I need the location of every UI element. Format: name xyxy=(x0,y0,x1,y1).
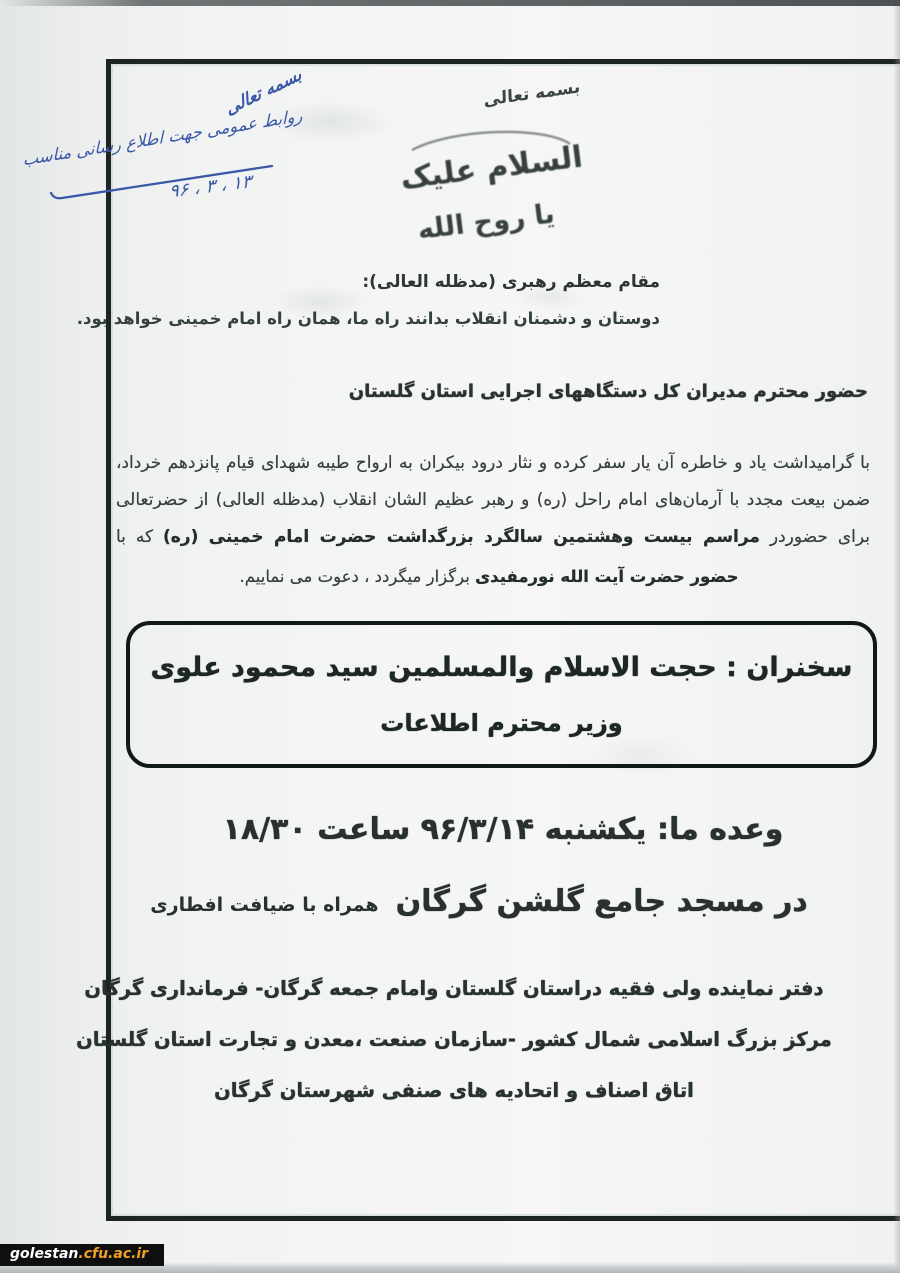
watermark-site-name: golestan xyxy=(10,1246,78,1262)
watermark-site-domain: .cfu.ac.ir xyxy=(78,1246,148,1262)
handwriting-layer: بسمه تعالی روابط عمومی جهت اطلاع رسانی م… xyxy=(0,0,900,1273)
scanned-letter-page: بسمه تعالی السلام علیک یا روح الله مقام … xyxy=(0,0,900,1273)
site-watermark: golestan.cfu.ac.ir xyxy=(0,1244,164,1266)
scan-edge-top xyxy=(0,0,900,6)
scan-edge-right xyxy=(893,0,900,1273)
